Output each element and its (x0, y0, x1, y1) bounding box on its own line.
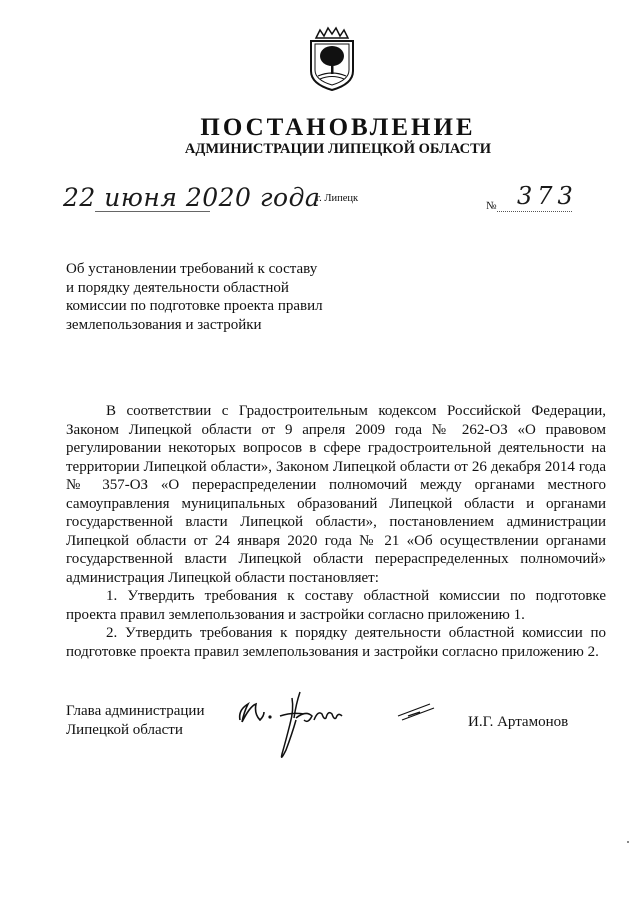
handwritten-document-number: 373 (517, 182, 578, 210)
handwritten-signature-icon (230, 690, 440, 770)
document-title: ПОСТАНОВЛЕНИЕ (18, 114, 640, 142)
subject-line: Об установлении требований к составу (66, 260, 366, 279)
number-underline (497, 211, 572, 212)
signer-name: И.Г. Артамонов (468, 714, 568, 731)
scan-artifact (627, 841, 629, 843)
subject-line: и порядку деятельности областной (66, 279, 366, 298)
signer-position-line: Глава администрации (66, 702, 204, 721)
number-label: № (486, 200, 497, 212)
resolution-item-2: 2. Утвердить требования к порядку деятел… (66, 624, 606, 661)
signer-position: Глава администрации Липецкой области (66, 702, 204, 739)
signer-position-line: Липецкой области (66, 721, 204, 740)
city-label: г. Липецк (316, 193, 358, 204)
document-subject: Об установлении требований к составу и п… (66, 260, 366, 334)
handwritten-date: 22 июня 2020 года (63, 183, 320, 212)
document-issuer: АДМИНИСТРАЦИИ ЛИПЕЦКОЙ ОБЛАСТИ (18, 141, 640, 158)
preamble-paragraph: В соответствии с Градостроительным кодек… (66, 402, 606, 587)
subject-line: землепользования и застройки (66, 316, 366, 335)
coat-of-arms-icon (306, 26, 358, 92)
document-body: В соответствии с Градостроительным кодек… (66, 402, 606, 661)
date-underline (95, 211, 210, 212)
subject-line: комиссии по подготовке проекта правил (66, 297, 366, 316)
resolution-item-1: 1. Утвердить требования к составу област… (66, 587, 606, 624)
